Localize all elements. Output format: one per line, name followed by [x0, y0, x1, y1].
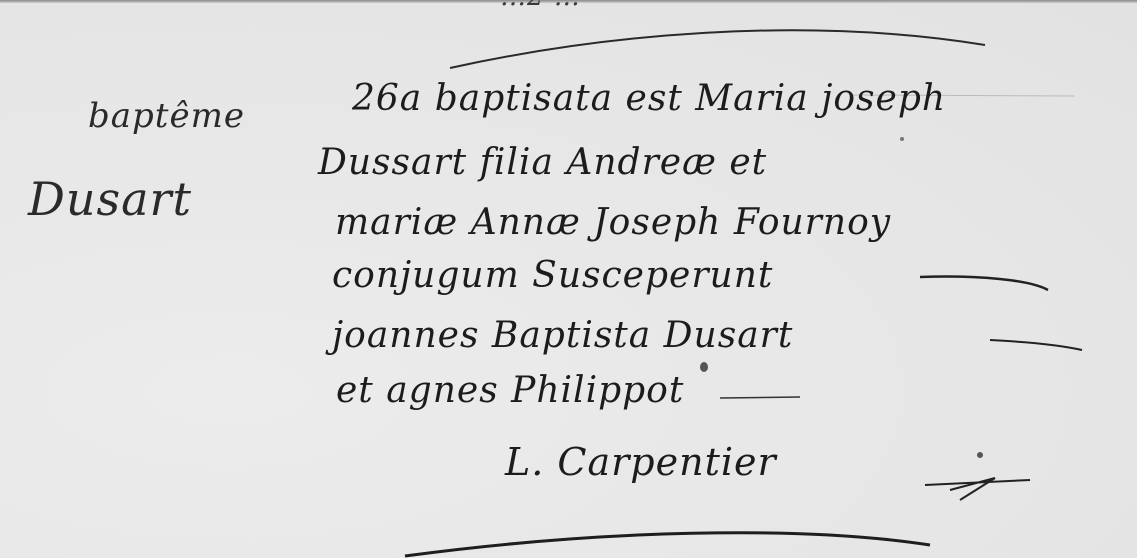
margin-heading: baptême: [88, 96, 245, 136]
ink-blot: [700, 362, 708, 372]
ink-blot: [977, 452, 983, 458]
entry-line-4: conjugum Susceperunt: [332, 255, 773, 296]
entry-line-5: joannes Baptista Dusart: [332, 315, 793, 356]
document-scan: …2 … baptême Dusart 26a baptisata est Ma…: [0, 0, 1137, 558]
ink-blot: [900, 137, 904, 141]
entry-line-1: 26a baptisata est Maria joseph: [352, 78, 946, 119]
entry-line-2: Dussart filia Andreæ et: [318, 142, 767, 183]
entry-line-6: et agnes Philippot: [336, 370, 684, 411]
entry-line-3: mariæ Annæ Joseph Fournoy: [335, 202, 891, 243]
priest-signature: L. Carpentier: [505, 440, 777, 484]
margin-surname: Dusart: [28, 172, 192, 226]
